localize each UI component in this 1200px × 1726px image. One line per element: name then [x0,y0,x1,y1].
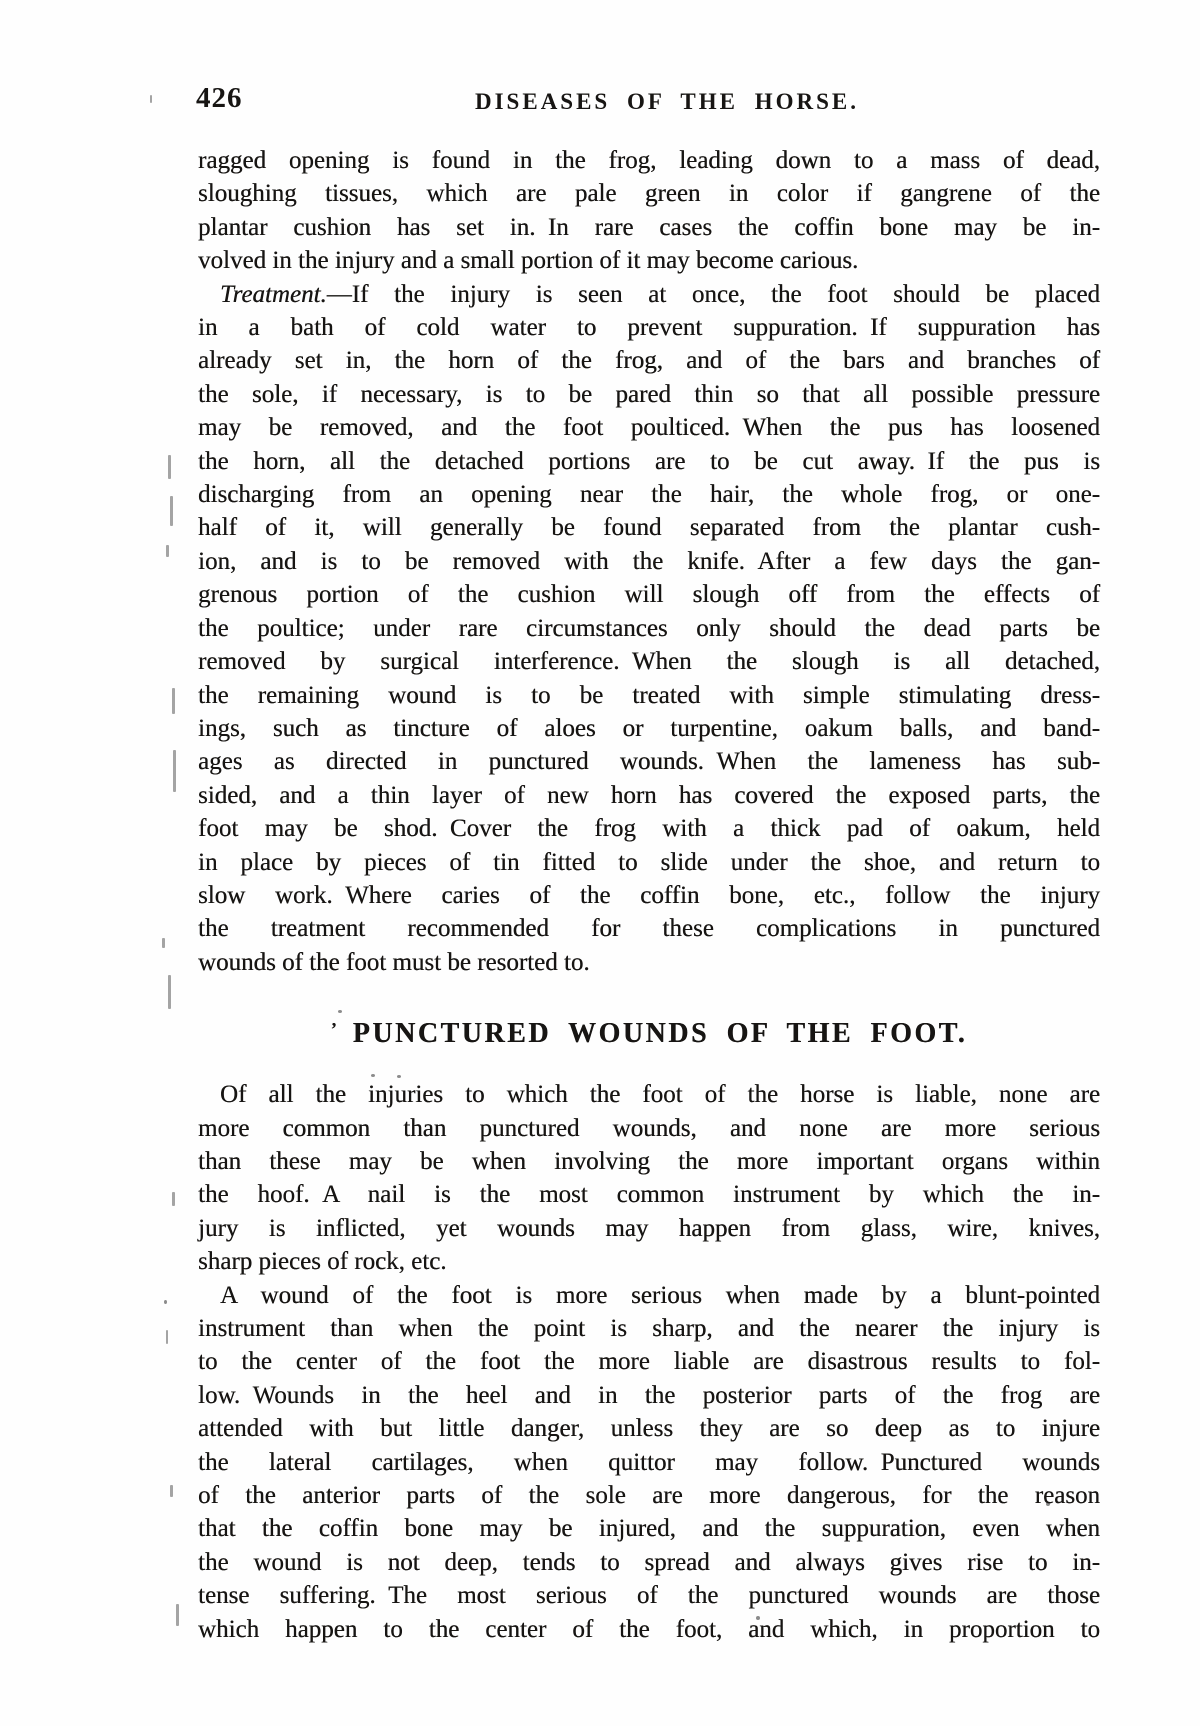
text-line: volved in the injury and a small portion… [198,244,1100,277]
scan-artifact [164,1300,167,1304]
scan-artifact [172,1192,175,1206]
text-line: half of it, will generally be found sepa… [198,511,1100,544]
scan-artifact [173,750,176,792]
page-header: 426 DISEASES OF THE HORSE. [198,86,1100,118]
text-line: foot may be shod. Cover the frog with a … [198,812,1100,845]
text-line: ion, and is to be removed with the knife… [198,545,1100,578]
text-line: ages as directed in punctured wounds. Wh… [198,745,1100,778]
text-line: slow work. Where caries of the coffin bo… [198,879,1100,912]
section-heading-text: PUNCTURED WOUNDS OF THE FOOT. [353,1018,968,1049]
text-line: the wound is not deep, tends to spread a… [198,1546,1100,1579]
italic-lead: Treatment. [220,281,327,308]
text-line: the sole, if necessary, is to be pared t… [198,378,1100,411]
text-line: instrument than when the point is sharp,… [198,1312,1100,1345]
text-line: sided, and a thin layer of new horn has … [198,779,1100,812]
scan-artifact [172,688,175,714]
text-line: the treatment recommended for these comp… [198,912,1100,945]
text-column: 426 DISEASES OF THE HORSE. ragged openin… [198,86,1100,1646]
scan-artifact [168,455,171,479]
text-line: discharging from an opening near the hai… [198,478,1100,511]
text-line: the remaining wound is to be treated wit… [198,679,1100,712]
text-line: more common than punctured wounds, and n… [198,1112,1100,1145]
text-line: of the anterior parts of the sole are mo… [198,1479,1100,1512]
text-line: the horn, all the detached portions are … [198,445,1100,478]
running-title: DISEASES OF THE HORSE. [216,86,1118,118]
text-line: the poultice; under rare circumstances o… [198,612,1100,645]
stray-scan-mark: ’ [331,1019,337,1039]
text-line: Of all the injuries to which the foot of… [198,1078,1100,1111]
text-line: that the coffin bone may be injured, and… [198,1512,1100,1545]
text-line: attended with but little danger, unless … [198,1412,1100,1445]
scan-artifact [166,545,169,557]
text-line: ragged opening is found in the frog, lea… [198,144,1100,177]
text-line: in place by pieces of tin fitted to slid… [198,846,1100,879]
text-line: already set in, the horn of the frog, an… [198,344,1100,377]
text-line: in a bath of cold water to prevent suppu… [198,311,1100,344]
text-line: which happen to the center of the foot, … [198,1613,1100,1646]
text-line: the lateral cartilages, when quittor may… [198,1446,1100,1479]
page-body: ragged opening is found in the frog, lea… [198,144,1100,1646]
text-line: ings, such as tincture of aloes or turpe… [198,712,1100,745]
text-line: sloughing tissues, which are pale green … [198,177,1100,210]
section-heading: ’PUNCTURED WOUNDS OF THE FOOT. [198,1017,1100,1053]
text-line: Treatment.—If the injury is seen at once… [198,278,1100,311]
text-line: to the center of the foot the more liabl… [198,1345,1100,1378]
text-line: wounds of the foot must be resorted to. [198,946,1100,979]
paragraph: ragged opening is found in the frog, lea… [198,144,1100,278]
paragraph: Treatment.—If the injury is seen at once… [198,278,1100,980]
paragraph: A wound of the foot is more serious when… [198,1279,1100,1646]
text-line: than these may be when involving the mor… [198,1145,1100,1178]
text-line: plantar cushion has set in. In rare case… [198,211,1100,244]
text-line: sharp pieces of rock, etc. [198,1245,1100,1278]
scan-artifact [162,938,165,948]
text-line: A wound of the foot is more serious when… [198,1279,1100,1312]
scan-artifact [168,975,171,1009]
text-line: may be removed, and the foot poulticed. … [198,411,1100,444]
text-line: tense suffering. The most serious of the… [198,1579,1100,1612]
scan-artifact [176,1604,179,1626]
text-line: low. Wounds in the heel and in the poste… [198,1379,1100,1412]
text-line: grenous portion of the cushion will slou… [198,578,1100,611]
scan-artifact [150,95,152,103]
scan-artifact [170,496,173,526]
scan-artifact [170,1485,173,1497]
paragraph: Of all the injuries to which the foot of… [198,1078,1100,1278]
text-line: removed by surgical interference. When t… [198,645,1100,678]
text-line: the hoof. A nail is the most common inst… [198,1178,1100,1211]
text-line: jury is inflicted, yet wounds may happen… [198,1212,1100,1245]
book-page-scan: 426 DISEASES OF THE HORSE. ragged openin… [0,0,1200,1726]
scan-artifact [166,1330,168,1344]
